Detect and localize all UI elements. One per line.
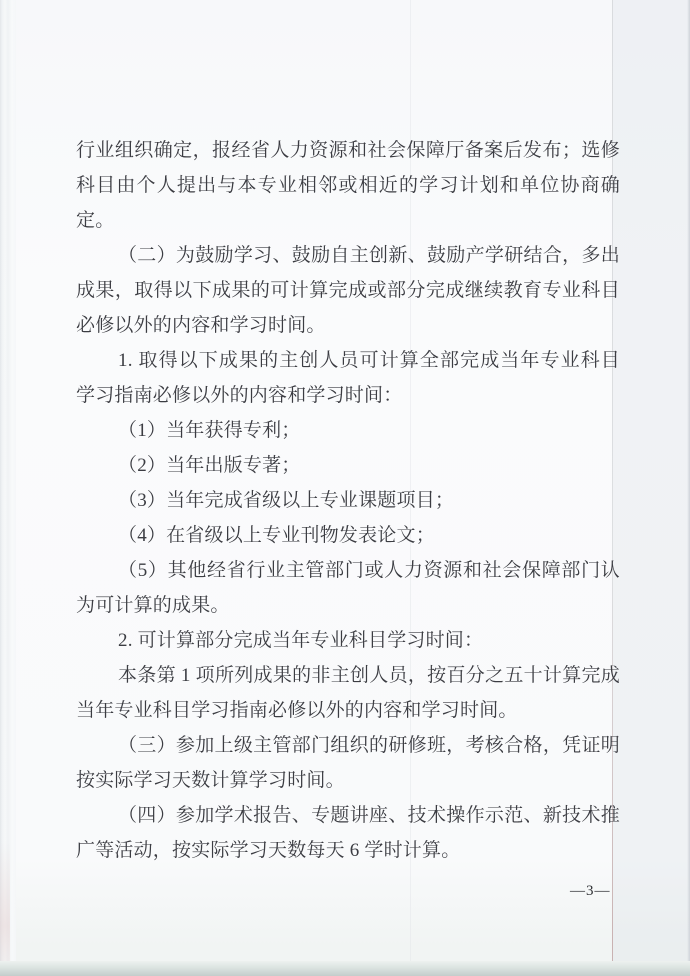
text-line: （3）当年完成省级以上专业课题项目； <box>76 483 620 518</box>
document-body: 行业组织确定，报经省人力资源和社会保障厅备案后发布；选修 科目由个人提出与本专业… <box>76 133 620 868</box>
text-line: （二）为鼓励学习、鼓励自主创新、鼓励产学研结合，多出 <box>76 238 620 273</box>
scan-bottom-edge-artifact <box>0 961 690 976</box>
text-line: 学习指南必修以外的内容和学习时间： <box>76 378 620 413</box>
text-line: 本条第 1 项所列成果的非主创人员，按百分之五十计算完成 <box>76 658 620 693</box>
text-line: 成果，取得以下成果的可计算完成或部分完成继续教育专业科目 <box>76 273 620 308</box>
text-line: 科目由个人提出与本专业相邻或相近的学习计划和单位协商确 <box>76 168 620 203</box>
scan-left-edge-artifact <box>0 0 16 976</box>
scan-left-edge-tint <box>0 842 10 962</box>
text-line: 定。 <box>76 203 620 238</box>
text-line: （1）当年获得专利； <box>76 413 620 448</box>
text-line: 当年专业科目学习指南必修以外的内容和学习时间。 <box>76 693 620 728</box>
text-line: 2. 可计算部分完成当年专业科目学习时间： <box>76 623 620 658</box>
page-number: —3— <box>570 883 611 900</box>
text-line: 必修以外的内容和学习时间。 <box>76 308 620 343</box>
text-line: 按实际学习天数计算学习时间。 <box>76 763 620 798</box>
text-line: 广等活动，按实际学习天数每天 6 学时计算。 <box>76 833 620 868</box>
text-line: （2）当年出版专著； <box>76 448 620 483</box>
text-line: 1. 取得以下成果的主创人员可计算全部完成当年专业科目 <box>76 343 620 378</box>
text-line: （4）在省级以上专业刊物发表论文； <box>76 518 620 553</box>
text-line: （四）参加学术报告、专题讲座、技术操作示范、新技术推 <box>76 798 620 833</box>
text-line: （三）参加上级主管部门组织的研修班，考核合格，凭证明 <box>76 728 620 763</box>
text-line: 行业组织确定，报经省人力资源和社会保障厅备案后发布；选修 <box>76 133 620 168</box>
scan-right-margin-shade <box>613 0 690 976</box>
text-line: 为可计算的成果。 <box>76 588 620 623</box>
text-line: （5）其他经省行业主管部门或人力资源和社会保障部门认 <box>76 553 620 588</box>
